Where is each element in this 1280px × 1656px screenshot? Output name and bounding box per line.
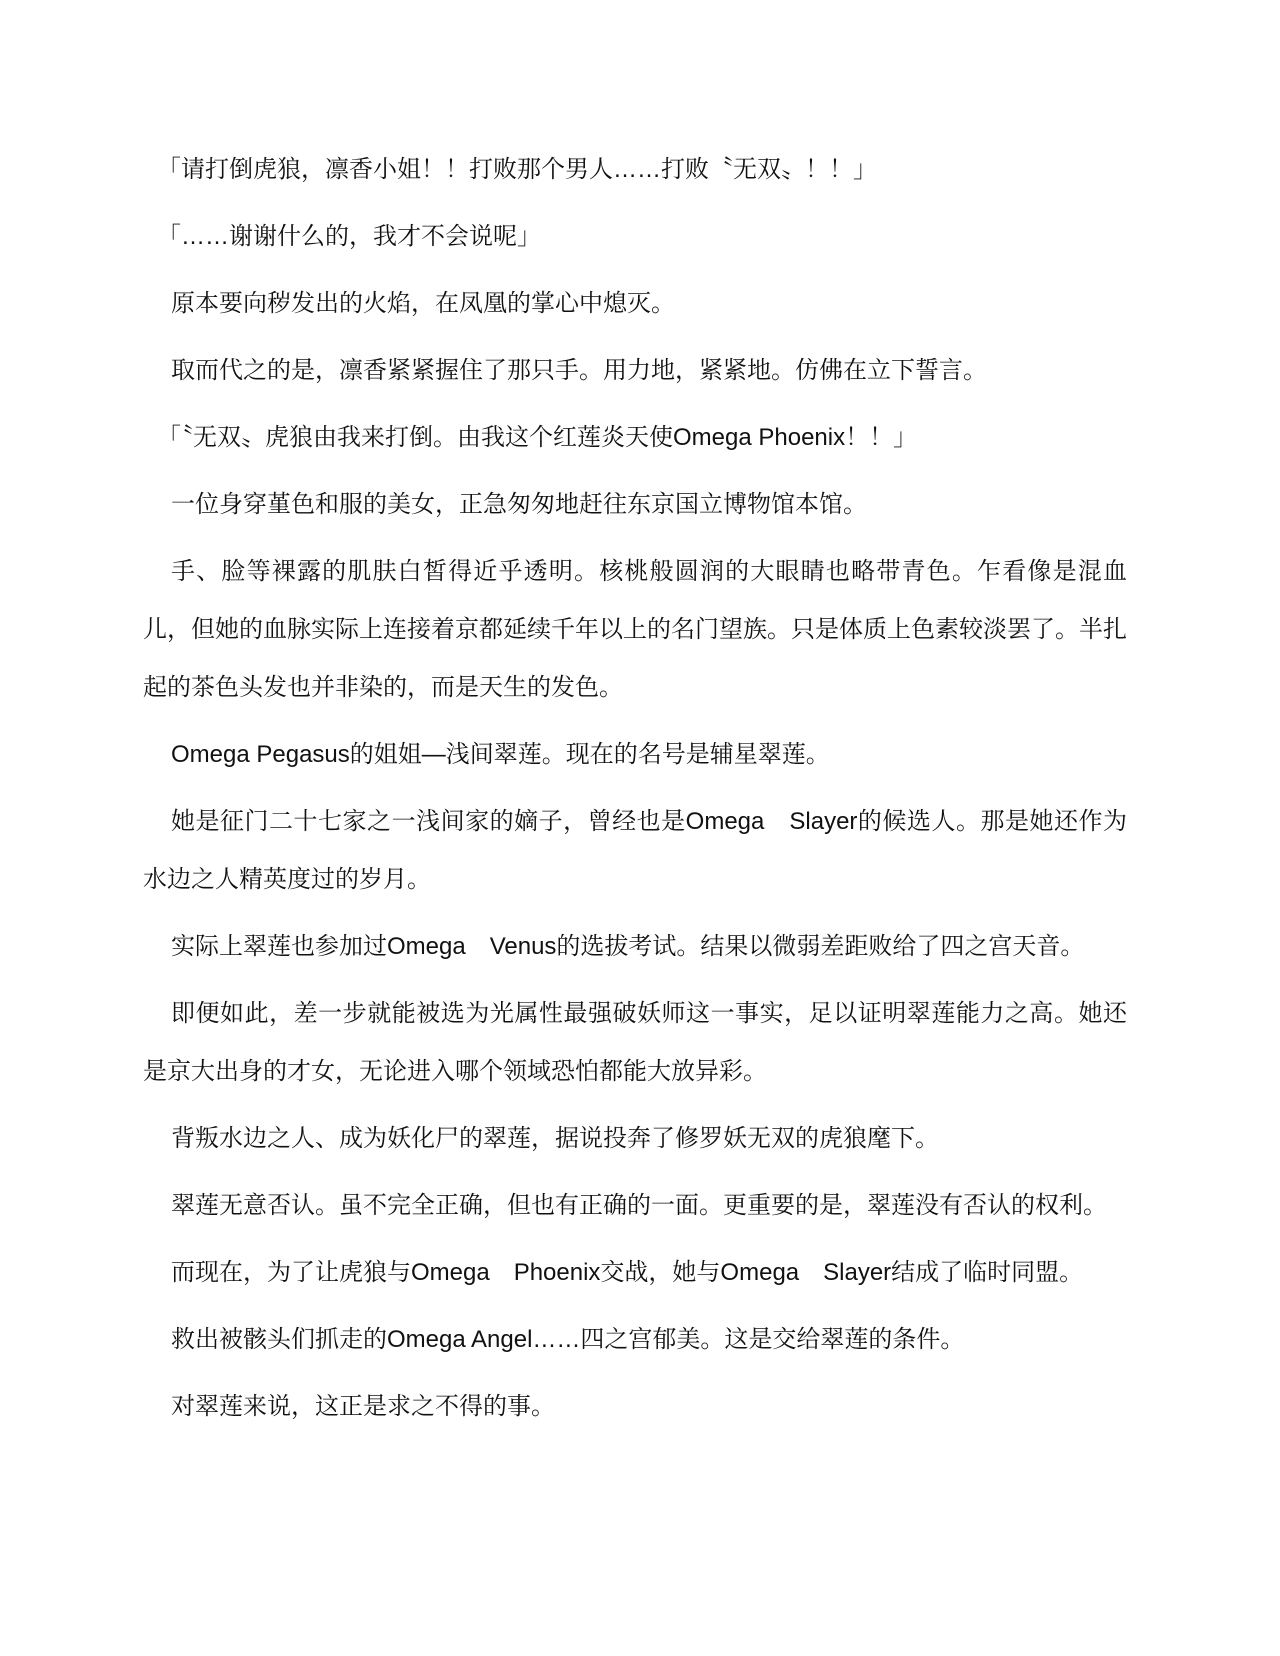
narration-paragraph: Omega Pegasus的姐姐—浅间翠莲。现在的名号是辅星翠莲。 <box>143 726 1127 784</box>
narration-paragraph: 取而代之的是，凛香紧紧握住了那只手。用力地，紧紧地。仿佛在立下誓言。 <box>143 342 1127 400</box>
dialogue-paragraph: 「……谢谢什么的，我才不会说呢」 <box>143 208 1127 266</box>
dialogue-paragraph: 「〝无双〟虎狼由我来打倒。由我这个红莲炎天使Omega Phoenix！！」 <box>143 409 1127 467</box>
narration-paragraph: 实际上翠莲也参加过Omega Venus的选拔考试。结果以微弱差距败给了四之宫天… <box>143 918 1127 976</box>
narration-paragraph: 背叛水边之人、成为妖化尸的翠莲，据说投奔了修罗妖无双的虎狼麾下。 <box>143 1110 1127 1168</box>
narration-paragraph: 对翠莲来说，这正是求之不得的事。 <box>143 1378 1127 1436</box>
narration-paragraph: 手、脸等裸露的肌肤白皙得近乎透明。核桃般圆润的大眼睛也略带青色。乍看像是混血儿，… <box>143 543 1127 717</box>
narration-paragraph: 翠莲无意否认。虽不完全正确，但也有正确的一面。更重要的是，翠莲没有否认的权利。 <box>143 1177 1127 1235</box>
dialogue-paragraph: 「请打倒虎狼，凛香小姐！！打败那个男人……打败〝无双〟！！」 <box>143 141 1127 199</box>
narration-paragraph: 而现在，为了让虎狼与Omega Phoenix交战，她与Omega Slayer… <box>143 1244 1127 1302</box>
text-body: 「请打倒虎狼，凛香小姐！！打败那个男人……打败〝无双〟！！」「……谢谢什么的，我… <box>143 141 1127 1436</box>
narration-paragraph: 她是征门二十七家之一浅间家的嫡子，曾经也是Omega Slayer的候选人。那是… <box>143 793 1127 909</box>
narration-paragraph: 即便如此，差一步就能被选为光属性最强破妖师这一事实，足以证明翠莲能力之高。她还是… <box>143 985 1127 1101</box>
narration-paragraph: 救出被骸头们抓走的Omega Angel……四之宫郁美。这是交给翠莲的条件。 <box>143 1311 1127 1369</box>
narration-paragraph: 一位身穿堇色和服的美女，正急匆匆地赶往东京国立博物馆本馆。 <box>143 476 1127 534</box>
novel-page: 「请打倒虎狼，凛香小姐！！打败那个男人……打败〝无双〟！！」「……谢谢什么的，我… <box>0 0 1280 1656</box>
narration-paragraph: 原本要向秽发出的火焰，在凤凰的掌心中熄灭。 <box>143 275 1127 333</box>
